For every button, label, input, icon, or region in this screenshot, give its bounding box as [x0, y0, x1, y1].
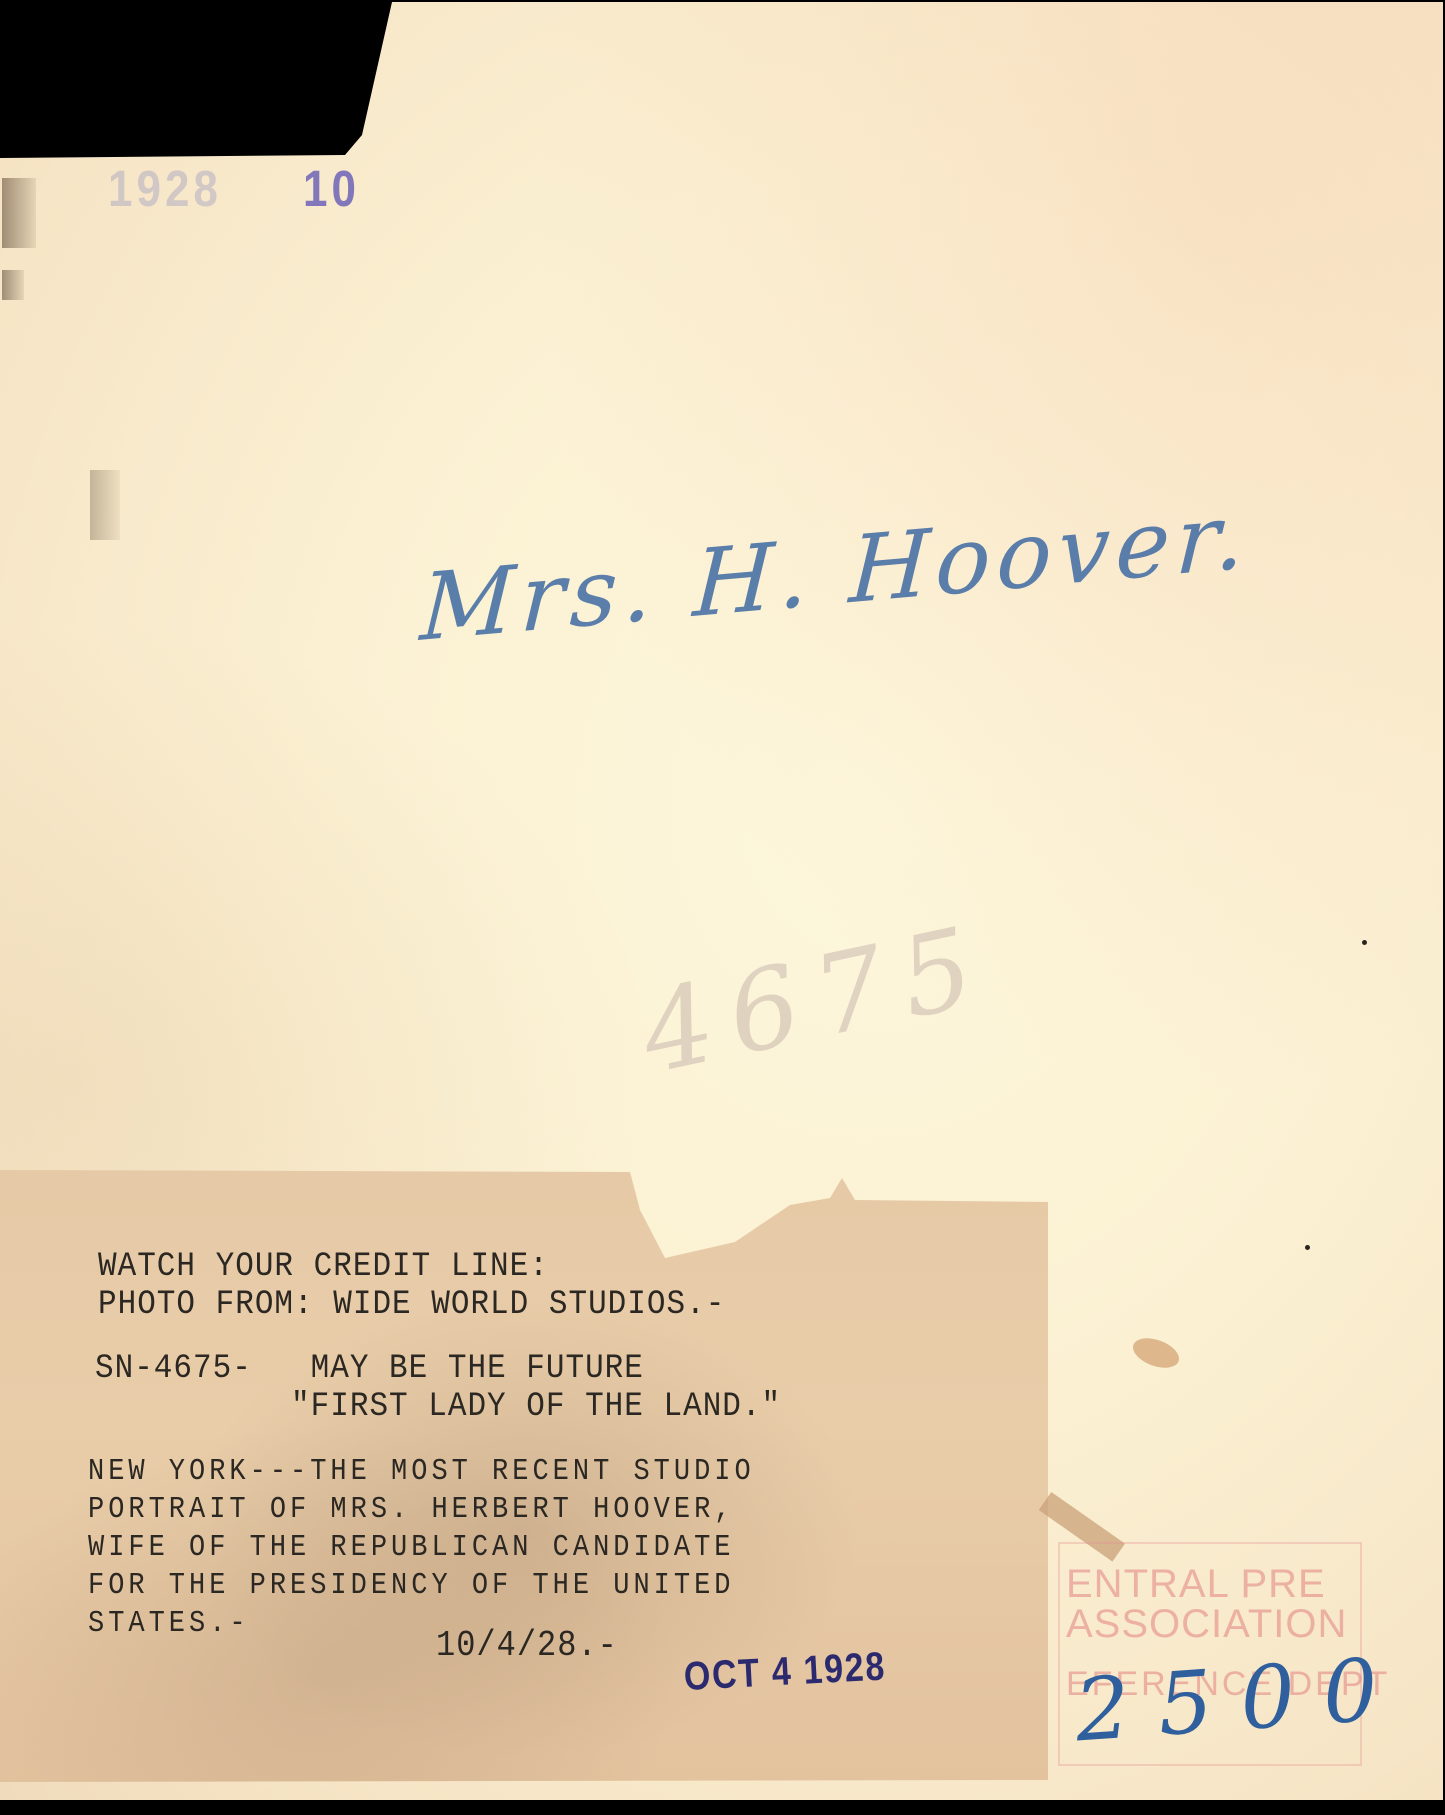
archive-stamp-line-1: ENTRAL PRE	[1066, 1562, 1326, 1606]
stain-mark	[2, 178, 36, 248]
body-line: NEW YORK---THE MOST RECENT STUDIO	[88, 1455, 755, 1489]
body-line: FOR THE PRESIDENCY OF THE UNITED	[88, 1569, 734, 1603]
stain-mark	[90, 470, 120, 540]
speck	[1305, 1245, 1310, 1250]
body-line: STATES.-	[88, 1608, 250, 1642]
serial-number: SN-4675-	[95, 1349, 252, 1388]
credit-block: WATCH YOUR CREDIT LINE: PHOTO FROM: WIDE…	[98, 1248, 725, 1324]
archive-stamp-line-2: ASSOCIATION	[1066, 1602, 1347, 1646]
faded-stamp-visible: 10	[303, 161, 360, 217]
credit-source: PHOTO FROM: WIDE WORLD STUDIOS.-	[98, 1285, 725, 1324]
body-line: PORTRAIT OF MRS. HERBERT HOOVER,	[88, 1493, 734, 1527]
faded-date-stamp: 1928 10	[108, 161, 360, 219]
credit-heading: WATCH YOUR CREDIT LINE:	[98, 1247, 549, 1286]
stain-mark	[2, 270, 24, 300]
headline-line-1: MAY BE THE FUTURE	[311, 1349, 644, 1388]
headline-block: SN-4675- MAY BE THE FUTURE "FIRST LADY O…	[95, 1350, 781, 1426]
faded-stamp-year: 1928	[108, 161, 222, 217]
headline-line-2: "FIRST LADY OF THE LAND."	[291, 1387, 781, 1426]
typed-date: 10/4/28.-	[436, 1627, 618, 1665]
body-line: WIFE OF THE REPUBLICAN CANDIDATE	[88, 1531, 734, 1565]
caption-body: NEW YORK---THE MOST RECENT STUDIO PORTRA…	[88, 1453, 755, 1643]
speck	[1362, 940, 1367, 945]
